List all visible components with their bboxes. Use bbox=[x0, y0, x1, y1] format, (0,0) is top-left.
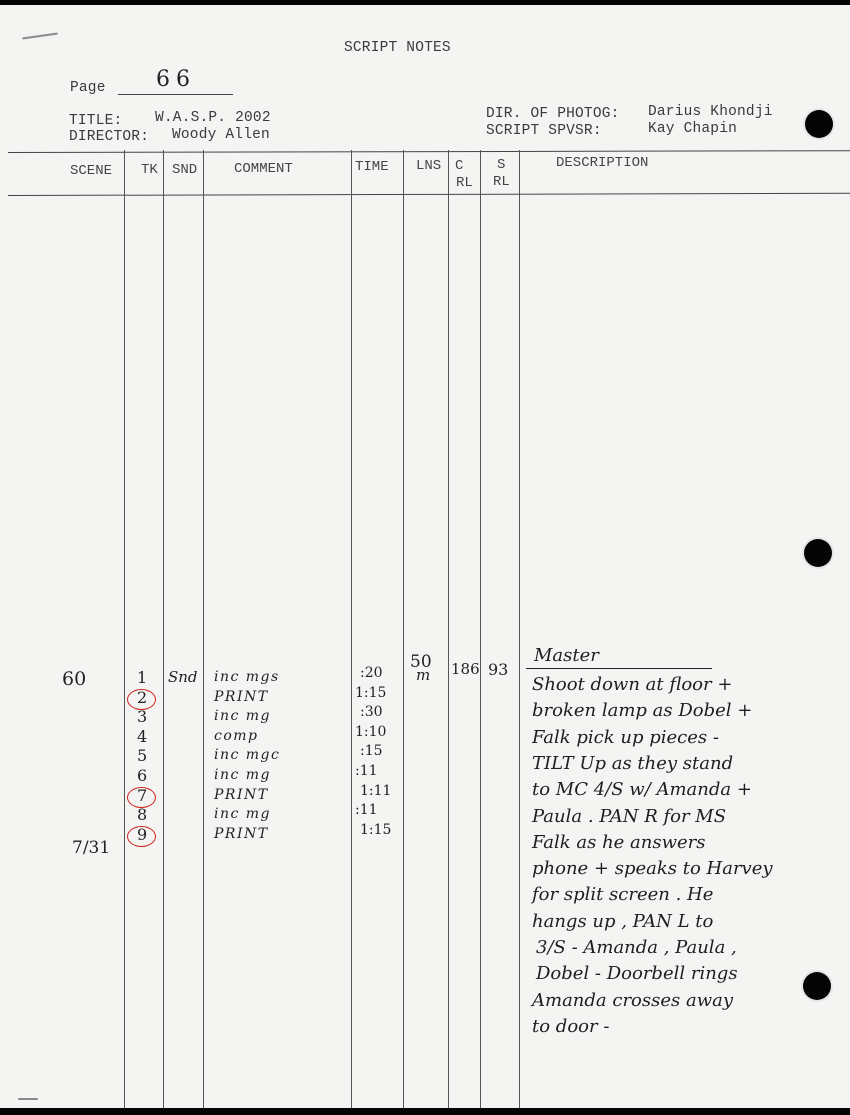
take-comment: inc mg bbox=[214, 806, 271, 822]
take-time: 1:15 bbox=[360, 822, 391, 838]
scene-number: 60 bbox=[62, 668, 86, 690]
col-header-c-rl-sub: RL bbox=[456, 175, 473, 191]
take-time: :30 bbox=[360, 704, 383, 720]
punch-hole-middle bbox=[804, 539, 832, 567]
table-top-rule bbox=[8, 150, 850, 153]
punch-hole-top bbox=[805, 110, 833, 138]
col-header-s-rl: S bbox=[497, 157, 505, 173]
staple-mark bbox=[22, 33, 58, 40]
staple-mark bbox=[18, 1098, 38, 1100]
description-line: Falk pick up pieces - bbox=[532, 727, 719, 748]
scan-border-bottom bbox=[0, 1108, 850, 1115]
description-line: to MC 4/S w/ Amanda + bbox=[532, 779, 752, 800]
supervisor-label: SCRIPT SPVSR: bbox=[486, 123, 602, 139]
title-value: W.A.S.P. 2002 bbox=[155, 110, 271, 126]
take-time: 1:10 bbox=[355, 724, 386, 740]
description-line: Paula . PAN R for MS bbox=[532, 806, 726, 827]
col-divider bbox=[351, 150, 352, 1108]
print-take-circle bbox=[127, 826, 156, 847]
col-header-comment: COMMENT bbox=[234, 161, 293, 177]
take-comment: PRINT bbox=[214, 689, 269, 705]
punch-hole-bottom bbox=[803, 972, 831, 1000]
page-number-underline bbox=[118, 94, 233, 95]
take-time: 1:15 bbox=[355, 685, 386, 701]
col-header-description: DESCRIPTION bbox=[556, 155, 648, 171]
description-line: Amanda crosses away bbox=[532, 990, 733, 1011]
description-line: to door - bbox=[532, 1016, 609, 1037]
take-number: 5 bbox=[137, 746, 147, 765]
col-divider bbox=[124, 150, 125, 1108]
director-label: DIRECTOR: bbox=[69, 129, 149, 145]
camera-roll: 186 bbox=[451, 660, 480, 678]
sound-mark: Snd bbox=[168, 668, 198, 686]
take-number: 6 bbox=[137, 766, 147, 785]
col-divider bbox=[448, 150, 449, 1108]
take-comment: inc mgc bbox=[214, 747, 280, 763]
col-header-s-rl-sub: RL bbox=[493, 174, 510, 190]
col-header-snd: SND bbox=[172, 162, 197, 178]
take-time: 1:11 bbox=[360, 783, 391, 799]
take-number: 1 bbox=[137, 668, 147, 687]
take-comment: inc mg bbox=[214, 767, 271, 783]
description-line: Dobel - Doorbell rings bbox=[536, 963, 738, 984]
description-line: Falk as he answers bbox=[532, 832, 706, 853]
description-line: phone + speaks to Harvey bbox=[532, 858, 773, 879]
sound-roll: 93 bbox=[488, 660, 508, 679]
description-heading: Master bbox=[534, 645, 599, 666]
col-header-tk: TK bbox=[141, 162, 158, 178]
form-title: SCRIPT NOTES bbox=[344, 40, 451, 56]
col-header-scene: SCENE bbox=[70, 163, 112, 179]
description-line: hangs up , PAN L to bbox=[532, 911, 713, 932]
col-header-c-rl: C bbox=[455, 158, 463, 174]
page-number: 66 bbox=[156, 67, 196, 92]
take-comment: inc mgs bbox=[214, 669, 280, 685]
description-line: broken lamp as Dobel + bbox=[532, 700, 752, 721]
description-line: Shoot down at floor + bbox=[532, 674, 732, 695]
dop-value: Darius Khondji bbox=[648, 104, 773, 120]
take-comment: PRINT bbox=[214, 826, 269, 842]
title-label: TITLE: bbox=[69, 113, 122, 129]
take-comment: PRINT bbox=[214, 787, 269, 803]
take-comment: inc mg bbox=[214, 708, 271, 724]
take-number: 4 bbox=[137, 727, 147, 746]
take-time: :20 bbox=[360, 665, 383, 681]
lens-sub: m bbox=[416, 666, 430, 684]
col-divider bbox=[480, 150, 481, 1108]
col-divider bbox=[519, 150, 520, 1108]
take-time: :15 bbox=[360, 743, 383, 759]
col-divider bbox=[163, 150, 164, 1108]
take-number: 8 bbox=[137, 805, 147, 824]
page-label: Page bbox=[70, 80, 106, 96]
col-header-lns: LNS bbox=[416, 158, 441, 174]
dop-label: DIR. OF PHOTOG: bbox=[486, 106, 620, 122]
director-value: Woody Allen bbox=[172, 127, 270, 143]
col-divider bbox=[203, 150, 204, 1108]
supervisor-value: Kay Chapin bbox=[648, 121, 737, 137]
take-time: :11 bbox=[355, 802, 378, 818]
table-header-rule bbox=[8, 193, 850, 196]
take-time: :11 bbox=[355, 763, 378, 779]
shoot-date: 7/31 bbox=[72, 838, 110, 858]
description-line: 3/S - Amanda , Paula , bbox=[536, 937, 737, 958]
take-comment: comp bbox=[214, 728, 259, 744]
col-header-time: TIME bbox=[355, 159, 389, 175]
description-line: TILT Up as they stand bbox=[532, 753, 733, 774]
take-number: 3 bbox=[137, 707, 147, 726]
description-line: for split screen . He bbox=[532, 884, 713, 905]
description-heading-underline bbox=[526, 668, 712, 669]
col-divider bbox=[403, 150, 404, 1108]
scan-border-top bbox=[0, 0, 850, 5]
